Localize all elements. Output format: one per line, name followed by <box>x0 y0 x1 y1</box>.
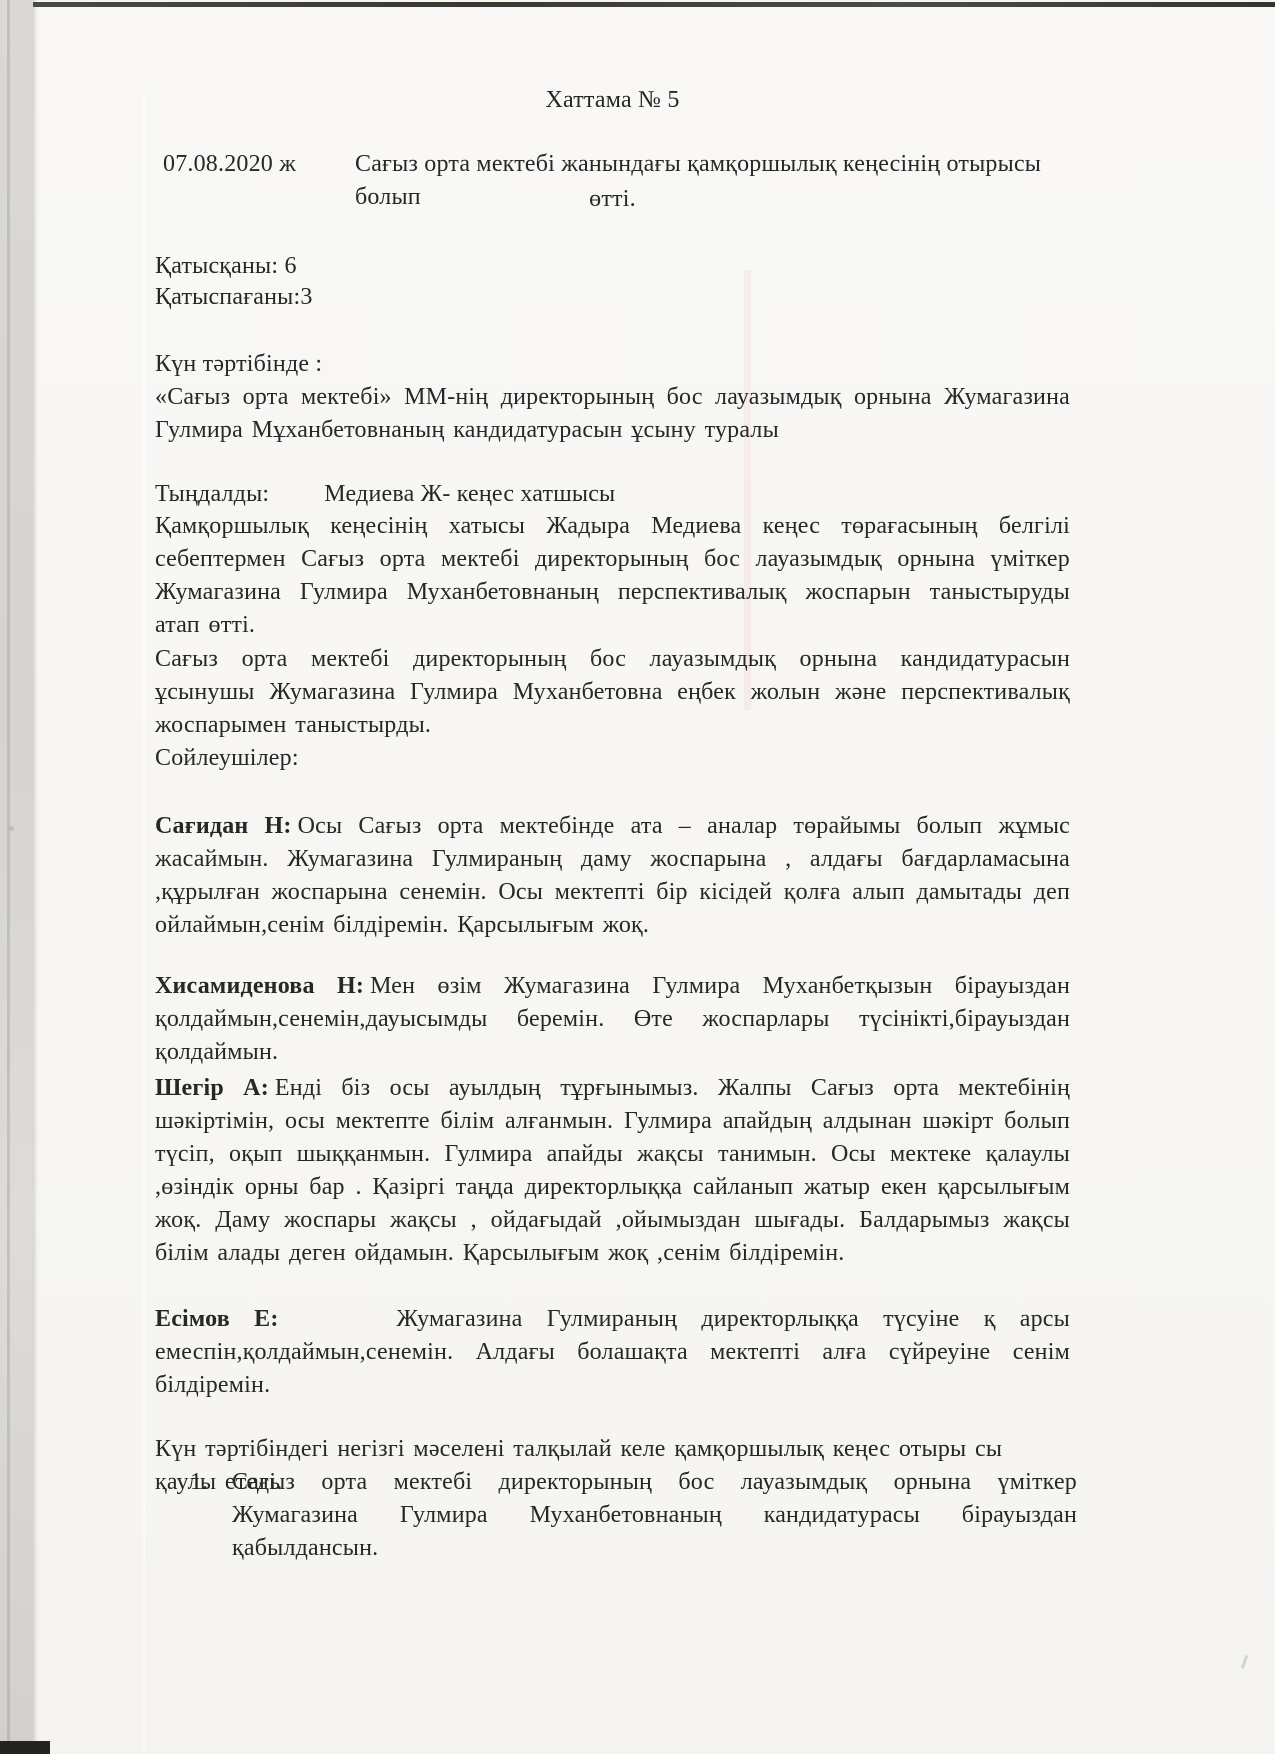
scan-speck <box>9 826 14 831</box>
speech-text: Осы Сағыз орта мектебінде ата – аналар т… <box>155 813 1070 938</box>
agenda-text: «Сағыз орта мектебі» ММ-нің директорының… <box>155 381 1070 447</box>
attendance-present: Қатысқаны: 6 <box>155 250 297 283</box>
resolution-item-number: 1. <box>190 1466 208 1499</box>
speaker-name: Хисамиденова Н: <box>155 973 364 999</box>
speaker-name: Есімов Е: <box>155 1306 279 1332</box>
speech-paragraph: Сағидан Н:Осы Сағыз орта мектебінде ата … <box>155 810 1070 942</box>
intro-line-2: өтті. <box>155 183 1070 216</box>
scan-bottom-left-mark <box>0 1741 50 1754</box>
speech-paragraph: Шегір А:Енді біз осы ауылдың тұрғынымыз.… <box>155 1072 1070 1270</box>
speech-text: Енді біз осы ауылдың тұрғынымыз. Жалпы С… <box>155 1075 1070 1266</box>
heard-row: Тыңдалды:Медиева Ж- кеңес хатшысы <box>155 478 615 511</box>
scanned-document-page: Хаттама № 5 07.08.2020 ж Сағыз орта мект… <box>0 0 1275 1754</box>
heard-paragraph: Қамқоршылық кеңесінің хатысы Жадыра Меди… <box>155 510 1070 642</box>
attendance-absent: Қатыспағаны:3 <box>155 281 313 314</box>
speakers-heading: Сойлеушілер: <box>155 742 299 775</box>
heard-label: Тыңдалды: <box>155 481 269 507</box>
speaker-name: Шегір А: <box>155 1075 269 1101</box>
agenda-heading: Күн тәртібінде : <box>155 348 322 381</box>
resolution-item-text: Сағыз орта мектебі директорының бос лауа… <box>232 1466 1077 1565</box>
paper-fold-seam <box>143 90 145 1754</box>
speech-paragraph: Есімов Е:Жумагазина Гулмираның директорл… <box>155 1303 1070 1402</box>
heard-value: Медиева Ж- кеңес хатшысы <box>324 481 615 507</box>
document-title: Хаттама № 5 <box>155 84 1070 117</box>
scanner-backing-strip <box>0 0 33 1754</box>
speech-text: Жумагазина Гулмираның директорлыққа түсу… <box>155 1306 1070 1398</box>
speaker-name: Сағидан Н: <box>155 813 292 839</box>
speech-paragraph: Хисамиденова Н:Мен өзім Жумагазина Гулми… <box>155 970 1070 1069</box>
presentation-paragraph: Сағыз орта мектебі директорының бос лауа… <box>155 643 1070 742</box>
scan-top-edge-line <box>33 2 1275 7</box>
protocol-date: 07.08.2020 ж <box>163 148 296 181</box>
